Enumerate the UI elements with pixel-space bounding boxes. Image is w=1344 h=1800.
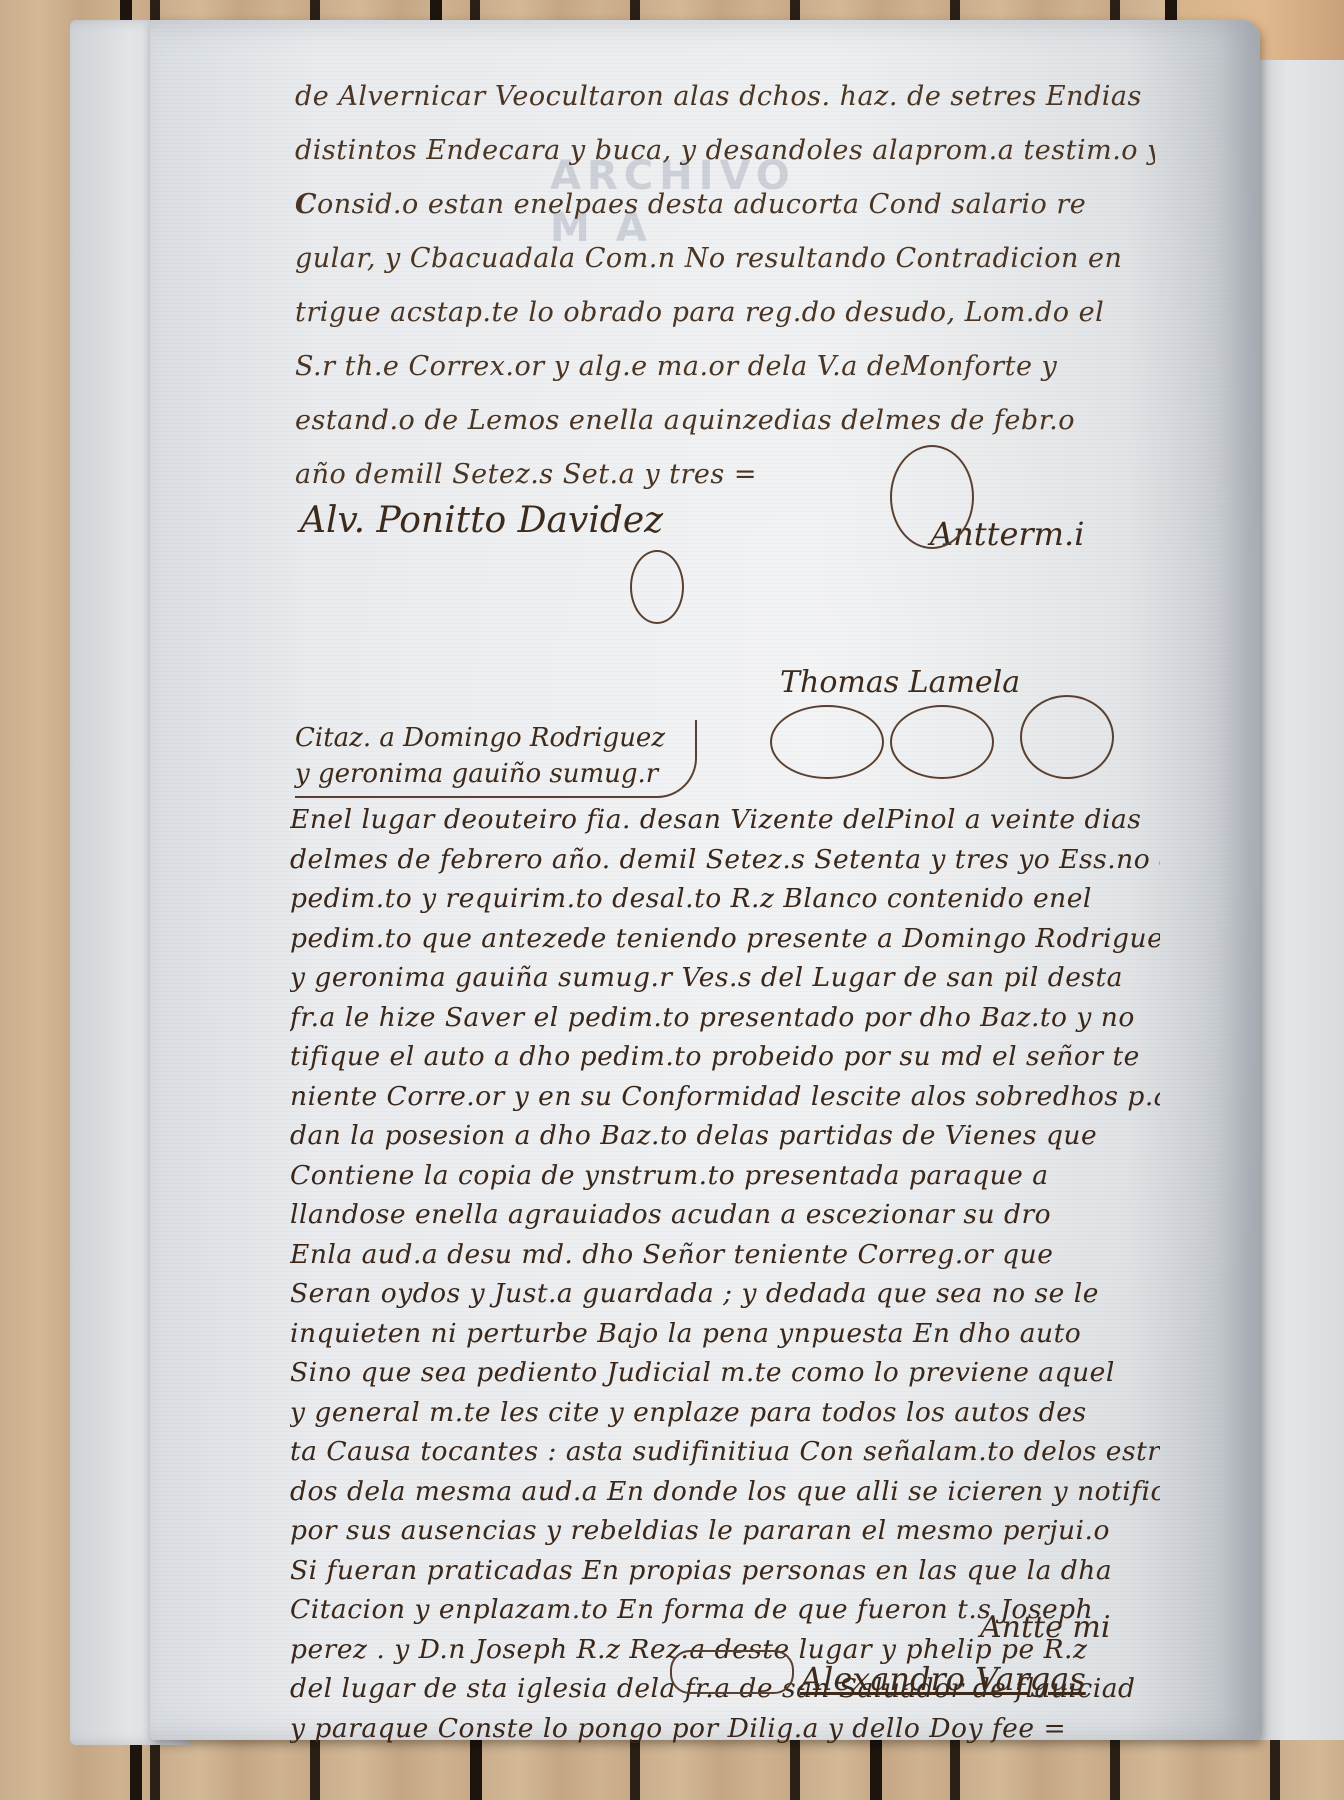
text-line: año demill Setez.s Set.a y tres = <box>295 448 1155 502</box>
margin-note-line: y geronima gauiño sumug.r <box>295 756 695 792</box>
margin-note-line: Citaz. a Domingo Rodriguez <box>295 720 695 756</box>
text-line: Enel lugar deouteiro fia. desan Vizente … <box>290 800 1160 840</box>
facing-page <box>1250 60 1344 1740</box>
signature-right-top: Antterm.i <box>930 515 1084 553</box>
text-line: estand.o de Lemos enella aquinzedias del… <box>295 394 1155 448</box>
wood-gap <box>870 1740 882 1800</box>
text-line: y general m.te les cite y enplaze para t… <box>290 1393 1160 1433</box>
text-line: inquieten ni perturbe Bajo la pena ynpue… <box>290 1314 1160 1354</box>
text-line: tifique el auto a dho pedim.to probeido … <box>290 1037 1160 1077</box>
text-line: distintos Endecara y buca, y desandoles … <box>295 124 1155 178</box>
signature-flourish <box>670 1650 794 1694</box>
text-line: Enla aud.a desu md. dho Señor teniente C… <box>290 1235 1160 1275</box>
text-line: Si fueran praticadas En propias personas… <box>290 1551 1160 1591</box>
signature-flourish <box>770 705 884 779</box>
body-text-block: Enel lugar deouteiro fia. desan Vizente … <box>290 800 1160 1748</box>
text-line: niente Corre.or y en su Conformidad lesc… <box>290 1077 1160 1117</box>
wood-gap <box>130 1740 142 1800</box>
signature-flourish <box>1020 695 1114 779</box>
text-line: fr.a le hize Saver el pedim.to presentad… <box>290 998 1160 1038</box>
upper-text-block: de Alvernicar Veocultaron alas dchos. ha… <box>295 70 1155 502</box>
text-line: ta Causa tocantes : asta sudifinitiua Co… <box>290 1432 1160 1472</box>
text-line: dos dela mesma aud.a En donde los que al… <box>290 1472 1160 1512</box>
text-line: Seran oydos y Just.a guardada ; y dedada… <box>290 1274 1160 1314</box>
text-line: S.r th.e Correx.or y alg.e ma.or dela V.… <box>295 340 1155 394</box>
text-line: pedim.to y requirim.to desal.to R.z Blan… <box>290 879 1160 919</box>
text-line: y paraque Conste lo pongo por Dilig.a y … <box>290 1709 1160 1749</box>
signature-flourish <box>890 705 994 779</box>
text-line: llandose enella agrauiados acudan a esce… <box>290 1195 1160 1235</box>
text-line: dan la posesion a dho Baz.to delas parti… <box>290 1116 1160 1156</box>
margin-note: Citaz. a Domingo Rodriguez y geronima ga… <box>295 720 697 798</box>
signature-right-middle: Thomas Lamela <box>780 665 1020 700</box>
text-line: Contiene la copia de ynstrum.to presenta… <box>290 1156 1160 1196</box>
text-line: Sino que sea pediento Judicial m.te como… <box>290 1353 1160 1393</box>
signature-flourish <box>630 550 684 624</box>
text-line: trigue acstap.te lo obrado para reg.do d… <box>295 286 1155 340</box>
signature-bottom-notary: Alexandro Vargas <box>800 1660 1086 1698</box>
text-line: Consid.o estan enelpaes desta aducorta C… <box>295 178 1155 232</box>
signature-bottom-antemi: Antte mi <box>980 1610 1110 1645</box>
wood-gap <box>470 1740 482 1800</box>
signature-flourish <box>890 445 974 549</box>
text-line: por sus ausencias y rebeldias le pararan… <box>290 1511 1160 1551</box>
text-line: pedim.to que antezede teniendo presente … <box>290 919 1160 959</box>
text-line: y geronima gauiña sumug.r Ves.s del Luga… <box>290 958 1160 998</box>
text-line: de Alvernicar Veocultaron alas dchos. ha… <box>295 70 1155 124</box>
signature-left: Alv. Ponitto Davidez <box>300 500 663 541</box>
text-line: delmes de febrero año. demil Setez.s Set… <box>290 840 1160 880</box>
text-line: gular, y Cbacuadala Com.n No resultando … <box>295 232 1155 286</box>
